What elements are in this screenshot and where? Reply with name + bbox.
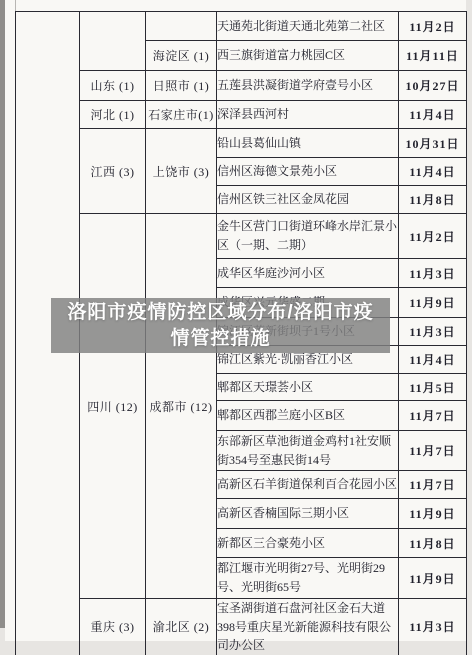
community-cell: 都江堰市光明街27号、光明街29号、光明街65号 — [217, 558, 399, 599]
province-cell: 山东 (1) — [80, 71, 146, 101]
cropped-table-edge — [15, 0, 16, 11]
community-cell: 东部新区草池街道金鸡村1社安顺街354号至惠民街14号 — [217, 431, 399, 471]
province-cell: 江西 (3) — [80, 129, 146, 214]
date-cell: 11月9日 — [399, 288, 467, 318]
date-cell: 11月7日 — [399, 471, 467, 499]
table-row: 重庆 (3) 渝北区 (2) 宝圣湖街道石盘河社区金石大道398号重庆星光新能源… — [16, 599, 467, 655]
caption-line-1: 洛阳市疫情防控区域分布/洛阳市疫 — [51, 300, 390, 326]
city-cell: 上饶市 (3) — [146, 129, 217, 214]
community-cell: 信州区铁三社区金凤花园 — [217, 186, 399, 214]
date-cell: 11月4日 — [399, 101, 467, 129]
table-row: 天通苑北街道天通北苑第二社区 11月2日 — [16, 12, 467, 41]
community-cell: 天通苑北街道天通北苑第二社区 — [217, 12, 399, 41]
community-cell: 深泽县西河村 — [217, 101, 399, 129]
city-cell: 海淀区 (1) — [146, 41, 217, 71]
community-cell: 高新区石羊街道保利百合花园小区 — [217, 471, 399, 499]
city-cell: 石家庄市(1) — [146, 101, 217, 129]
date-cell: 11月8日 — [399, 186, 467, 214]
date-cell: 11月2日 — [399, 12, 467, 41]
table-row: 江西 (3) 上饶市 (3) 铅山县葛仙山镇 10月31日 — [16, 129, 467, 158]
caption-overlay: 洛阳市疫情防控区域分布/洛阳市疫 情管控措施 — [51, 298, 390, 353]
community-cell: 成华区华庭沙河小区 — [217, 259, 399, 288]
date-cell: 11月4日 — [399, 346, 467, 374]
province-cell: 重庆 (3) — [80, 599, 146, 655]
date-cell: 10月31日 — [399, 129, 467, 158]
date-cell: 11月9日 — [399, 558, 467, 599]
date-cell: 11月9日 — [399, 499, 467, 529]
community-cell: 铅山县葛仙山镇 — [217, 129, 399, 158]
screenshot-root: 天通苑北街道天通北苑第二社区 11月2日 海淀区 (1) 西三旗街道富力桃园C区… — [0, 0, 472, 655]
province-cell: 河北 (1) — [80, 101, 146, 129]
table-row: 河北 (1) 石家庄市(1) 深泽县西河村 11月4日 — [16, 101, 467, 129]
community-cell: 五莲县洪凝街道学府壹号小区 — [217, 71, 399, 101]
date-cell: 11月3日 — [399, 599, 467, 655]
community-cell: 高新区香楠国际三期小区 — [217, 499, 399, 529]
city-cell: 渝北区 (2) — [146, 599, 217, 655]
province-cell: 四川 (12) — [80, 214, 146, 599]
left-edge-strip — [0, 0, 5, 628]
city-cell — [146, 12, 217, 41]
community-cell: 郫都区西郡兰庭小区B区 — [217, 401, 399, 431]
city-cell: 成都市 (12) — [146, 214, 217, 599]
caption-line-2: 情管控措施 — [51, 326, 390, 352]
community-cell: 信州区海德文景苑小区 — [217, 158, 399, 186]
date-cell: 10月27日 — [399, 71, 467, 101]
date-cell: 11月5日 — [399, 374, 467, 401]
date-cell: 11月3日 — [399, 259, 467, 288]
community-cell: 金牛区营门口街道环峰水岸汇景小区（一期、二期） — [217, 214, 399, 259]
date-cell: 11月8日 — [399, 529, 467, 558]
table-row: 山东 (1) 日照市 (1) 五莲县洪凝街道学府壹号小区 10月27日 — [16, 71, 467, 101]
community-cell: 西三旗街道富力桃园C区 — [217, 41, 399, 71]
table-row: 四川 (12) 成都市 (12) 金牛区营门口街道环峰水岸汇景小区（一期、二期）… — [16, 214, 467, 259]
community-cell: 郫都区天璟荟小区 — [217, 374, 399, 401]
province-cell — [80, 12, 146, 71]
date-cell: 11月2日 — [399, 214, 467, 259]
date-cell: 11月4日 — [399, 158, 467, 186]
community-cell: 宝圣湖街道石盘河社区金石大道398号重庆星光新能源科技有限公司办公区 — [217, 599, 399, 655]
city-cell: 日照市 (1) — [146, 71, 217, 101]
community-cell: 新都区三合豪苑小区 — [217, 529, 399, 558]
date-cell: 11月11日 — [399, 41, 467, 71]
date-cell: 11月7日 — [399, 401, 467, 431]
date-cell: 11月7日 — [399, 431, 467, 471]
date-cell: 11月3日 — [399, 318, 467, 346]
